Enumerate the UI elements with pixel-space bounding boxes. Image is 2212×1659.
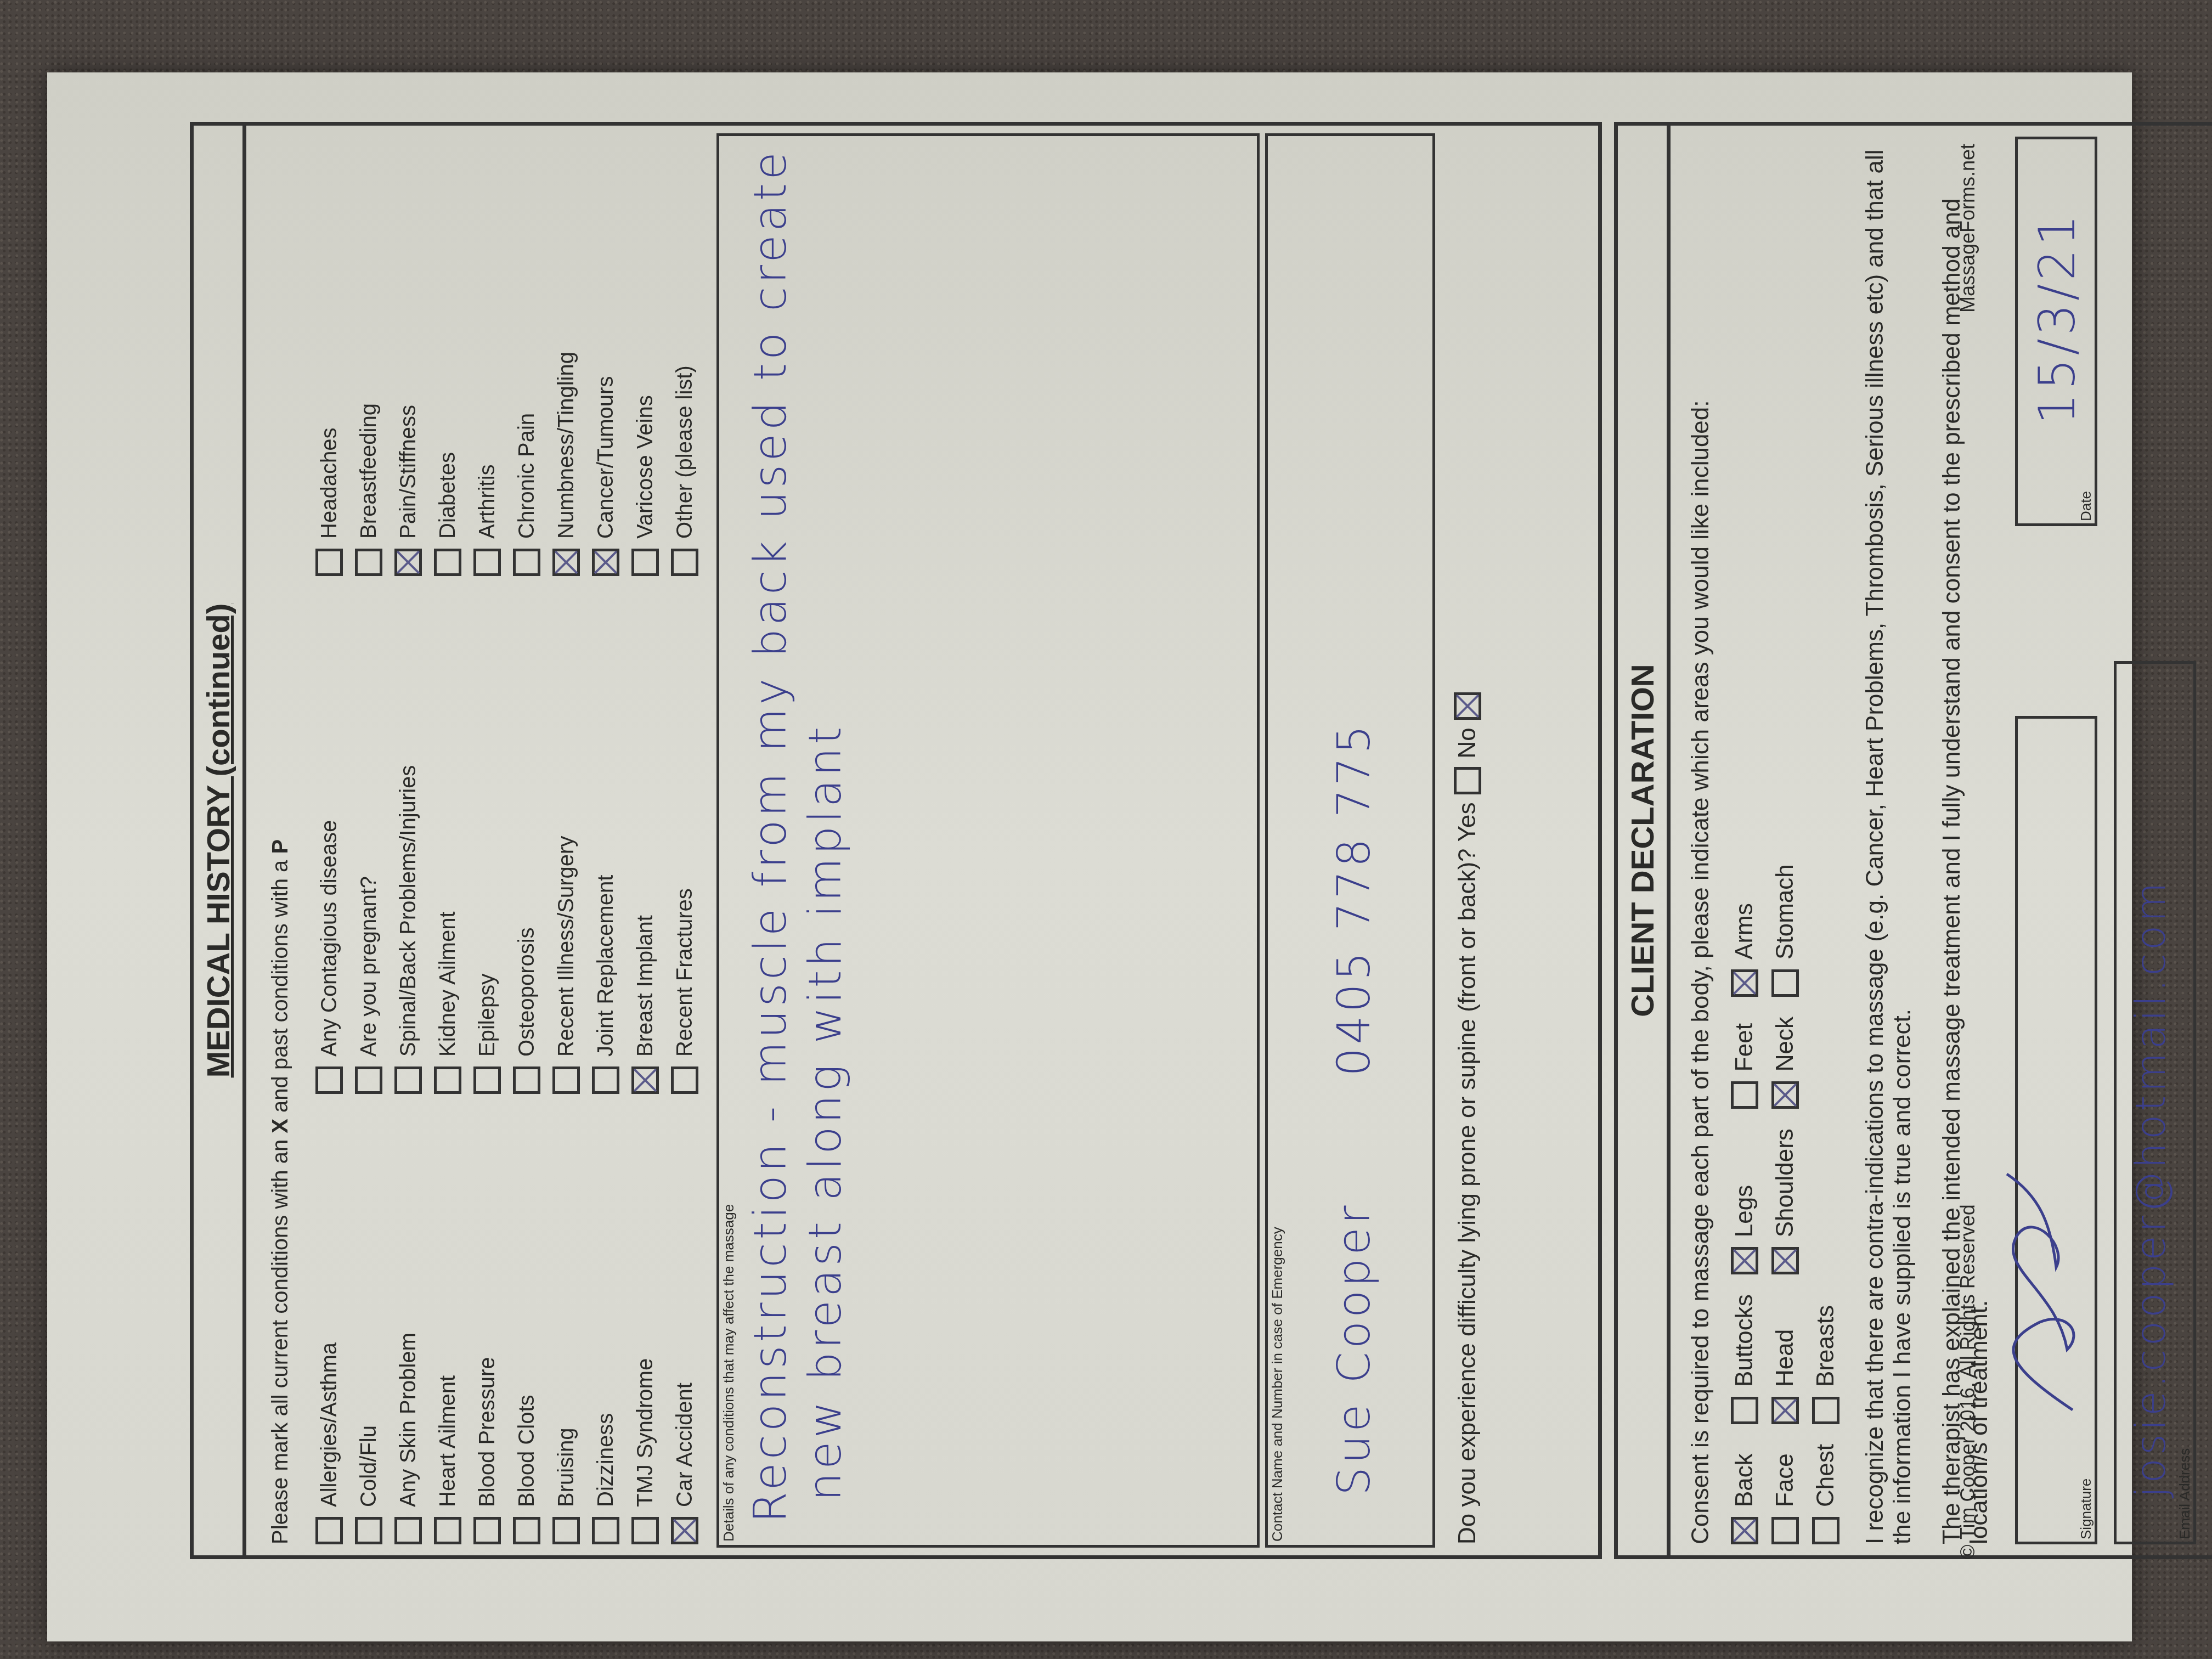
condition-item: Cancer/Tumours [586,126,625,576]
condition-checkbox[interactable] [394,1517,422,1544]
condition-item: Heart Ailment [428,1094,467,1544]
condition-checkbox[interactable] [552,1517,580,1544]
condition-item: Arthritis [467,126,507,576]
condition-label: Blood Clots [515,1395,539,1507]
condition-label: Pain/Stiffness [396,405,421,539]
body-part-checkbox[interactable] [1771,1517,1799,1544]
condition-checkbox[interactable] [513,1066,540,1094]
condition-label: Spinal/Back Problems/Injuries [396,765,421,1057]
condition-label: Bruising [554,1427,579,1507]
condition-checkbox[interactable] [355,549,382,576]
condition-label: Recent Fractures [673,888,697,1057]
condition-item: Kidney Ailment [428,576,467,1094]
body-part-label: Shoulders [1771,1128,1799,1237]
condition-label: Chronic Pain [515,413,539,539]
condition-item: Dizziness [586,1094,625,1544]
condition-item: Pain/Stiffness [388,126,428,576]
condition-label: Epilepsy [475,974,500,1057]
condition-checkbox[interactable] [315,1066,343,1094]
condition-checkbox[interactable] [552,549,580,576]
body-part-option: Arms [1731,864,1758,997]
condition-item: Bruising [546,1094,586,1544]
condition-label: Numbness/Tingling [554,352,579,539]
signature-field[interactable]: Signature [2015,716,2097,1544]
condition-checkbox[interactable] [355,1517,382,1544]
body-part-checkbox[interactable] [1731,1517,1758,1544]
condition-item: Osteoporosis [507,576,546,1094]
conditions-grid: Allergies/AsthmaCold/FluAny Skin Problem… [309,126,704,1544]
recognize-text: I recognize that there are contra-indica… [1861,137,1916,1544]
body-part-option: Feet [1731,1017,1758,1109]
condition-item: Are you pregnant? [349,576,388,1094]
condition-checkbox[interactable] [473,1066,501,1094]
condition-item: Blood Pressure [467,1094,507,1544]
condition-checkbox[interactable] [552,1066,580,1094]
body-part-label: Head [1771,1329,1799,1387]
condition-item: Breast Implant [625,576,665,1094]
email-value: josie.cooper@hotmail.com [2128,879,2175,1498]
body-part-label: Face [1771,1453,1799,1507]
email-field[interactable]: josie.cooper@hotmail.com Email Address [2114,661,2196,1544]
condition-checkbox[interactable] [394,549,422,576]
condition-label: Arthritis [475,464,500,539]
condition-item: Any Contagious disease [309,576,349,1094]
condition-label: Breast Implant [633,915,658,1057]
conditions-column: Allergies/AsthmaCold/FluAny Skin Problem… [309,1094,704,1544]
conditions-column: HeadachesBreastfeedingPain/StiffnessDiab… [309,126,704,576]
massage-intake-form: MEDICAL HISTORY (continued) Please mark … [190,122,2212,1559]
emergency-contact-field[interactable]: Contact Name and Number in case of Emerg… [1265,133,1435,1548]
condition-item: Recent Illness/Surgery [546,576,586,1094]
date-field[interactable]: 15/3/21 Date [2015,137,2097,526]
conditions-column: Any Contagious diseaseAre you pregnant?S… [309,576,704,1094]
site-name: MassageForms.net [1956,144,1979,313]
body-part-option: Stomach [1771,864,1799,997]
copyright-text: © Tim Cooper 2016, All Rights Reserved [1956,1204,1979,1559]
condition-label: Joint Replacement [594,875,618,1057]
condition-item: Epilepsy [467,576,507,1094]
condition-item: Breastfeeding [349,126,388,576]
condition-label: TMJ Syndrome [633,1358,658,1507]
body-part-label: Back [1731,1453,1758,1507]
condition-label: Recent Illness/Surgery [554,836,579,1057]
condition-checkbox[interactable] [473,1517,501,1544]
condition-item: Cold/Flu [349,1094,388,1544]
body-part-checkbox[interactable] [1771,1397,1799,1424]
condition-item: Recent Fractures [665,576,704,1094]
prone-no-checkbox[interactable] [1454,692,1481,720]
condition-checkbox[interactable] [631,1066,659,1094]
medical-history-section: MEDICAL HISTORY (continued) Please mark … [190,122,1602,1559]
body-part-label: Breasts [1812,1305,1839,1387]
body-part-label: Neck [1771,1017,1799,1071]
condition-item: Allergies/Asthma [309,1094,349,1544]
condition-checkbox[interactable] [592,549,619,576]
body-part-label: Legs [1731,1185,1758,1237]
condition-checkbox[interactable] [592,1066,619,1094]
body-part-checkbox[interactable] [1812,1517,1839,1544]
body-part-label: Chest [1812,1444,1839,1507]
body-part-checkbox[interactable] [1771,1247,1799,1274]
condition-label: Varicose Veins [633,395,658,539]
condition-checkbox[interactable] [671,549,698,576]
condition-checkbox[interactable] [315,1517,343,1544]
condition-label: Cold/Flu [357,1425,381,1507]
conditions-details-field[interactable]: Details of any conditions that may affec… [716,133,1260,1548]
body-part-label: Feet [1731,1023,1758,1071]
form-paper: MEDICAL HISTORY (continued) Please mark … [47,72,2132,1641]
condition-item: Headaches [309,126,349,576]
emergency-value: Sue Cooper0405 778 775 [1328,722,1380,1496]
body-part-option: Head [1771,1294,1799,1424]
condition-label: Osteoporosis [515,927,539,1057]
condition-checkbox[interactable] [592,1517,619,1544]
page-footer: © Tim Cooper 2016, All Rights Reserved M… [1956,144,1979,1559]
condition-checkbox[interactable] [631,549,659,576]
details-value: Reconstruction - muscle from my back use… [743,147,853,1523]
body-part-checkbox[interactable] [1812,1397,1839,1424]
condition-checkbox[interactable] [355,1066,382,1094]
condition-label: Diabetes [436,452,460,539]
body-part-option: Neck [1771,1017,1799,1109]
condition-checkbox[interactable] [671,1066,698,1094]
condition-checkbox[interactable] [434,1517,461,1544]
emergency-label: Contact Name and Number in case of Emerg… [1269,1227,1286,1542]
condition-item: Other (please list) [665,126,704,576]
condition-checkbox[interactable] [631,1517,659,1544]
client-declaration-title: CLIENT DECLARATION [1618,126,1671,1555]
condition-label: Blood Pressure [475,1357,500,1507]
condition-label: Car Accident [673,1383,697,1507]
condition-label: Breastfeeding [357,403,381,539]
condition-checkbox[interactable] [513,549,540,576]
condition-item: Spinal/Back Problems/Injuries [388,576,428,1094]
condition-checkbox[interactable] [513,1517,540,1544]
condition-label: Heart Ailment [436,1375,460,1507]
body-part-option: Breasts [1812,1294,1839,1424]
condition-label: Headaches [317,428,342,539]
client-declaration-section: CLIENT DECLARATION Consent is required t… [1614,122,2212,1559]
body-part-checkbox[interactable] [1731,969,1758,997]
condition-label: Are you pregnant? [357,876,381,1057]
condition-item: Chronic Pain [507,126,546,576]
body-part-label: Arms [1731,903,1758,960]
body-parts-grid: BackButtocksLegsFeetArmsFaceHeadShoulder… [1731,137,1839,1544]
condition-item: Blood Clots [507,1094,546,1544]
body-part-option: Chest [1812,1444,1839,1544]
condition-label: Any Contagious disease [317,820,342,1057]
body-part-checkbox[interactable] [1731,1397,1758,1424]
body-part-label: Stomach [1771,864,1799,960]
body-part-option: Back [1731,1444,1758,1544]
body-part-option: Face [1771,1444,1799,1544]
prone-yes-checkbox[interactable] [1454,767,1481,794]
date-value: 15/3/21 [2029,211,2086,425]
body-part-option: Legs [1731,1128,1758,1274]
details-label: Details of any conditions that may affec… [720,1204,737,1542]
signature-scribble [1974,1158,2117,1432]
condition-checkbox[interactable] [473,549,501,576]
condition-item: Diabetes [428,126,467,576]
condition-item: Numbness/Tingling [546,126,586,576]
condition-item: TMJ Syndrome [625,1094,665,1544]
prone-supine-question: Do you experience difficulty lying prone… [1454,137,1481,1544]
consent-text: Consent is required to massage each part… [1687,137,1714,1544]
condition-label: Cancer/Tumours [594,376,618,539]
body-part-option: Buttocks [1731,1294,1758,1424]
condition-checkbox[interactable] [434,549,461,576]
body-part-checkbox[interactable] [1731,1081,1758,1109]
instructions: Please mark all current conditions with … [268,137,293,1544]
body-part-checkbox[interactable] [1731,1247,1758,1274]
condition-checkbox[interactable] [434,1066,461,1094]
condition-checkbox[interactable] [671,1517,698,1544]
condition-checkbox[interactable] [315,549,343,576]
medical-history-title: MEDICAL HISTORY (continued) [194,126,246,1555]
body-part-option: Shoulders [1771,1128,1799,1274]
body-part-label: Buttocks [1731,1294,1758,1387]
condition-label: Other (please list) [673,365,697,539]
body-part-checkbox[interactable] [1771,969,1799,997]
condition-item: Car Accident [665,1094,704,1544]
condition-item: Varicose Veins [625,126,665,576]
condition-label: Allergies/Asthma [317,1342,342,1507]
condition-item: Any Skin Problem [388,1094,428,1544]
condition-label: Any Skin Problem [396,1333,421,1507]
body-part-checkbox[interactable] [1771,1081,1799,1109]
condition-label: Dizziness [594,1413,618,1507]
condition-label: Kidney Ailment [436,911,460,1057]
condition-item: Joint Replacement [586,576,625,1094]
condition-checkbox[interactable] [394,1066,422,1094]
